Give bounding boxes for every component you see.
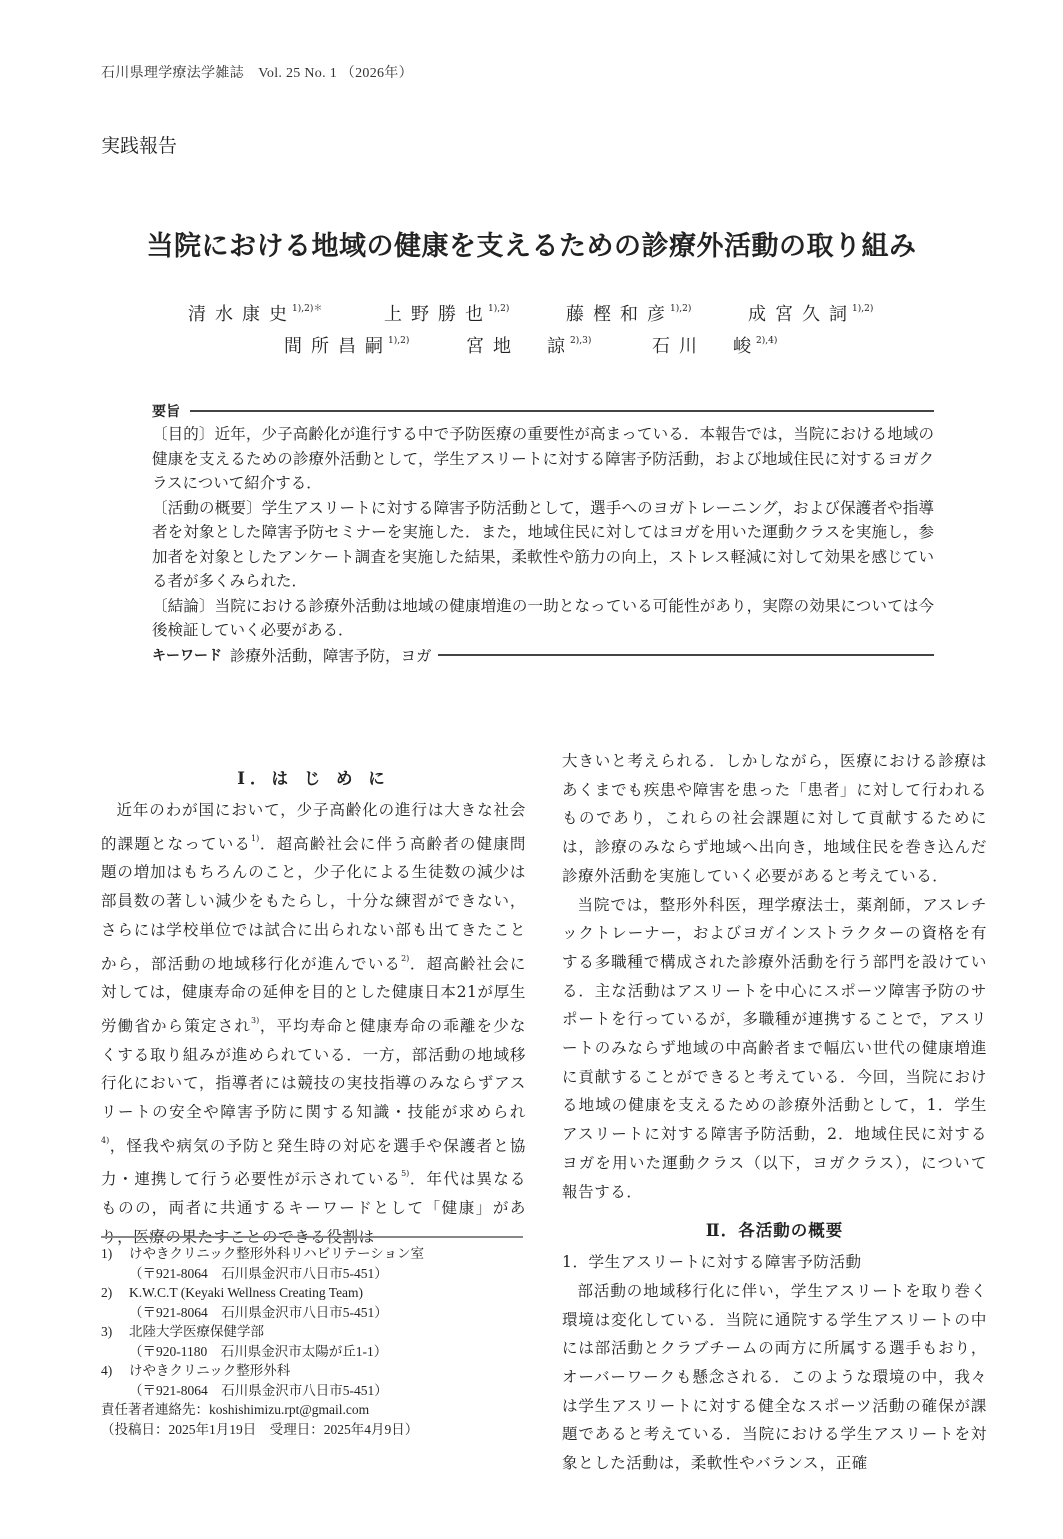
right-column: 大きいと考えられる．しかしながら，医療における診療はあくまでも疾患や障害を患った… (562, 747, 987, 1478)
subsection-heading: 1．学生アスリートに対する障害予防活動 (562, 1248, 987, 1277)
abstract-header: 要旨 (152, 400, 934, 422)
abstract-conclusion: 〔結論〕当院における診療外活動は地域の健康増進の一助となっている可能性があり，実… (152, 594, 934, 643)
footnote-divider (101, 1236, 523, 1238)
keywords: 診療外活動，障害予防，ヨガ (230, 644, 432, 666)
section-heading-overview: Ⅱ．各活動の概要 (562, 1214, 987, 1248)
author-affiliation: 1),2) (852, 304, 873, 314)
left-column: Ⅰ．は じ め に 近年のわが国において，少子高齢化の進行は大きな社会的課題とな… (101, 762, 526, 1252)
affiliation-address: （〒921-8064 石川県金沢市八日市5-451） (101, 1264, 526, 1284)
author-affiliation: 2),4) (756, 336, 777, 346)
keywords-row: キーワード 診療外活動，障害予防，ヨガ (152, 643, 934, 667)
affiliation-4: 4)けやきクリニック整形外科 (101, 1361, 526, 1381)
journal-header: 石川県理学療法学雑誌 Vol. 25 No. 1 （2026年） (101, 62, 413, 82)
author-row-2: 間所昌嗣1),2) 宮地 諒2),3) 石川 峻2),4) (0, 332, 1063, 362)
footnotes: 1)けやきクリニック整形外科リハビリテーション室 （〒921-8064 石川県金… (101, 1244, 526, 1439)
author-affiliation: 1),2) (388, 336, 409, 346)
author: 成宮久詞1),2) (748, 300, 873, 326)
affiliation-1: 1)けやきクリニック整形外科リハビリテーション室 (101, 1244, 526, 1264)
affiliation-2: 2)K.W.C.T (Keyaki Wellness Creating Team… (101, 1283, 526, 1303)
abstract: 要旨 〔目的〕近年，少子高齢化が進行する中で予防医療の重要性が高まっている．本報… (152, 400, 934, 667)
divider (438, 654, 934, 656)
divider (190, 410, 934, 412)
article-title: 当院における地域の健康を支えるための診療外活動の取り組み (0, 224, 1063, 263)
author-affiliation: 2),3) (570, 336, 591, 346)
affiliation-address: （〒921-8064 石川県金沢市八日市5-451） (101, 1381, 526, 1401)
corresponding-author-contact: 責任著者連絡先：koshishimizu.rpt@gmail.com (101, 1400, 526, 1420)
citation: 4) (101, 1136, 109, 1145)
section2-paragraph: 部活動の地域移行化に伴い，学生アスリートを取り巻く環境は変化している．当院に通院… (562, 1277, 987, 1478)
affiliation-address: （〒921-8064 石川県金沢市八日市5-451） (101, 1303, 526, 1323)
abstract-overview: 〔活動の概要〕学生アスリートに対する障害予防活動として，選手へのヨガトレーニング… (152, 496, 934, 594)
affiliation-3: 3)北陸大学医療保健学部 (101, 1322, 526, 1342)
intro-paragraph: 近年のわが国において，少子高齢化の進行は大きな社会的課題となっている1)．超高齢… (101, 796, 526, 1252)
author: 間所昌嗣1),2) (284, 332, 409, 358)
section-heading-introduction: Ⅰ．は じ め に (101, 762, 526, 796)
author-affiliation: 1),2) (488, 304, 509, 314)
author-affiliation: 1),2)＊ (292, 304, 322, 314)
intro-paragraph-2: 当院では，整形外科医，理学療法士，薬剤師，アスレチックトレーナー，およびヨガイン… (562, 891, 987, 1207)
author-affiliation: 1),2) (670, 304, 691, 314)
keywords-label: キーワード (152, 645, 222, 665)
submission-dates: （投稿日：2025年1月19日 受理日：2025年4月9日） (101, 1420, 526, 1440)
abstract-objective: 〔目的〕近年，少子高齢化が進行する中で予防医療の重要性が高まっている．本報告では… (152, 422, 934, 496)
intro-paragraph-continued: 大きいと考えられる．しかしながら，医療における診療はあくまでも疾患や障害を患った… (562, 747, 987, 891)
author: 清水康史1),2)＊ (188, 300, 322, 326)
article-category: 実践報告 (101, 131, 177, 158)
author: 藤樫和彦1),2) (566, 300, 691, 326)
author: 石川 峻2),4) (652, 332, 777, 358)
author: 宮地 諒2),3) (466, 332, 591, 358)
author-row-1: 清水康史1),2)＊ 上野勝也1),2) 藤樫和彦1),2) 成宮久詞1),2) (0, 300, 1063, 330)
affiliation-address: （〒920-1180 石川県金沢市太陽が丘1-1） (101, 1342, 526, 1362)
abstract-heading: 要旨 (152, 401, 180, 421)
author: 上野勝也1),2) (384, 300, 509, 326)
